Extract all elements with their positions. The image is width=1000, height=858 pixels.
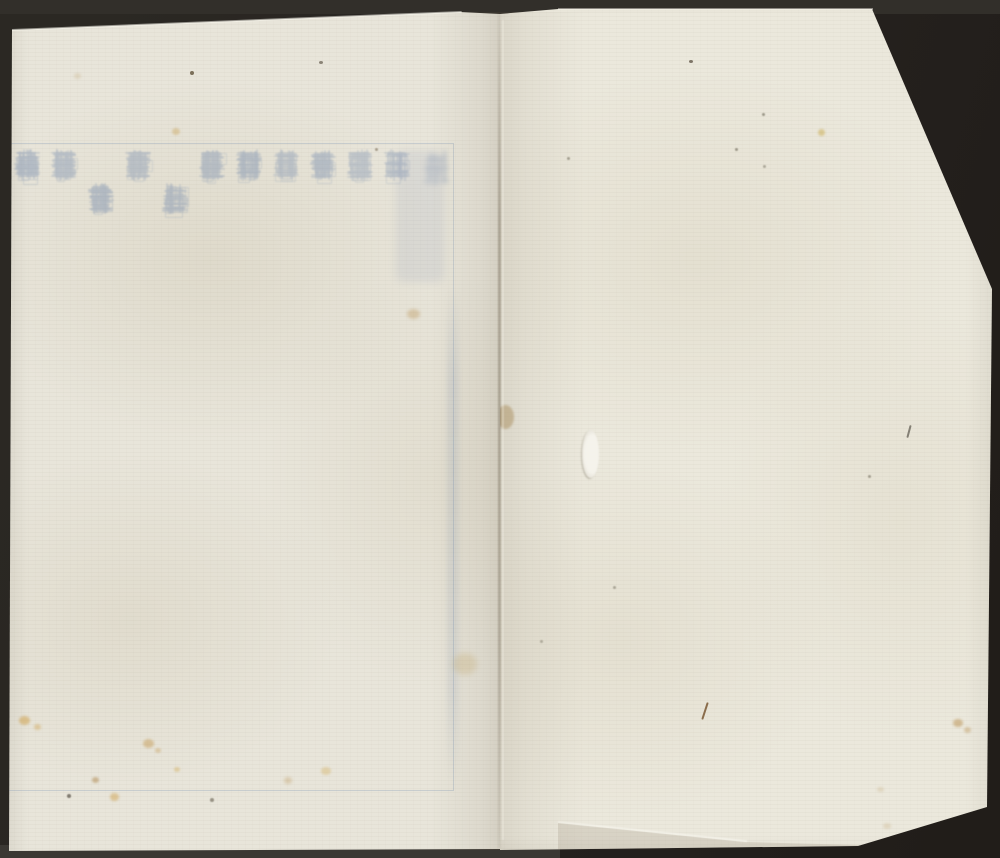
foxing-spot	[74, 73, 81, 79]
foxing-spot	[407, 309, 420, 319]
gutter-shadow-left	[430, 12, 500, 850]
scratch-mark	[906, 425, 911, 438]
foxing-spot	[321, 767, 331, 775]
foxing-spot	[762, 113, 765, 116]
foxing-spot	[172, 128, 180, 135]
foxing-spot	[953, 719, 963, 727]
foxing-spot	[375, 148, 378, 151]
foxing-spot	[34, 724, 41, 730]
foxing-spot	[964, 727, 971, 733]
foxing-spot	[689, 60, 693, 63]
foxing-spot	[210, 798, 214, 802]
fiber-fleck	[701, 702, 708, 720]
foxing-spot	[67, 794, 71, 798]
foxing-spot	[155, 748, 161, 753]
gutter-fold-highlight	[502, 20, 504, 840]
foxing-spot	[883, 823, 891, 829]
foxing-spot	[613, 586, 616, 589]
gutter-shadow-right	[500, 12, 585, 850]
foxing-spot	[319, 61, 323, 64]
foxing-spot	[818, 129, 825, 136]
right-page-top-edge	[558, 8, 873, 10]
foxing-spot	[868, 475, 871, 478]
foxing-spot	[877, 787, 884, 792]
foxing-spot	[143, 739, 154, 748]
book-scan	[0, 0, 1000, 858]
foxing-spot	[190, 71, 194, 75]
gutter-crease	[498, 14, 501, 848]
foxing-spot	[284, 777, 292, 784]
foxing-spot	[92, 777, 99, 783]
foxing-spot	[763, 165, 766, 168]
foxing-spot	[110, 793, 119, 801]
foxing-spot	[735, 148, 738, 151]
foxing-spot	[19, 716, 30, 725]
foxing-spot	[174, 767, 180, 772]
